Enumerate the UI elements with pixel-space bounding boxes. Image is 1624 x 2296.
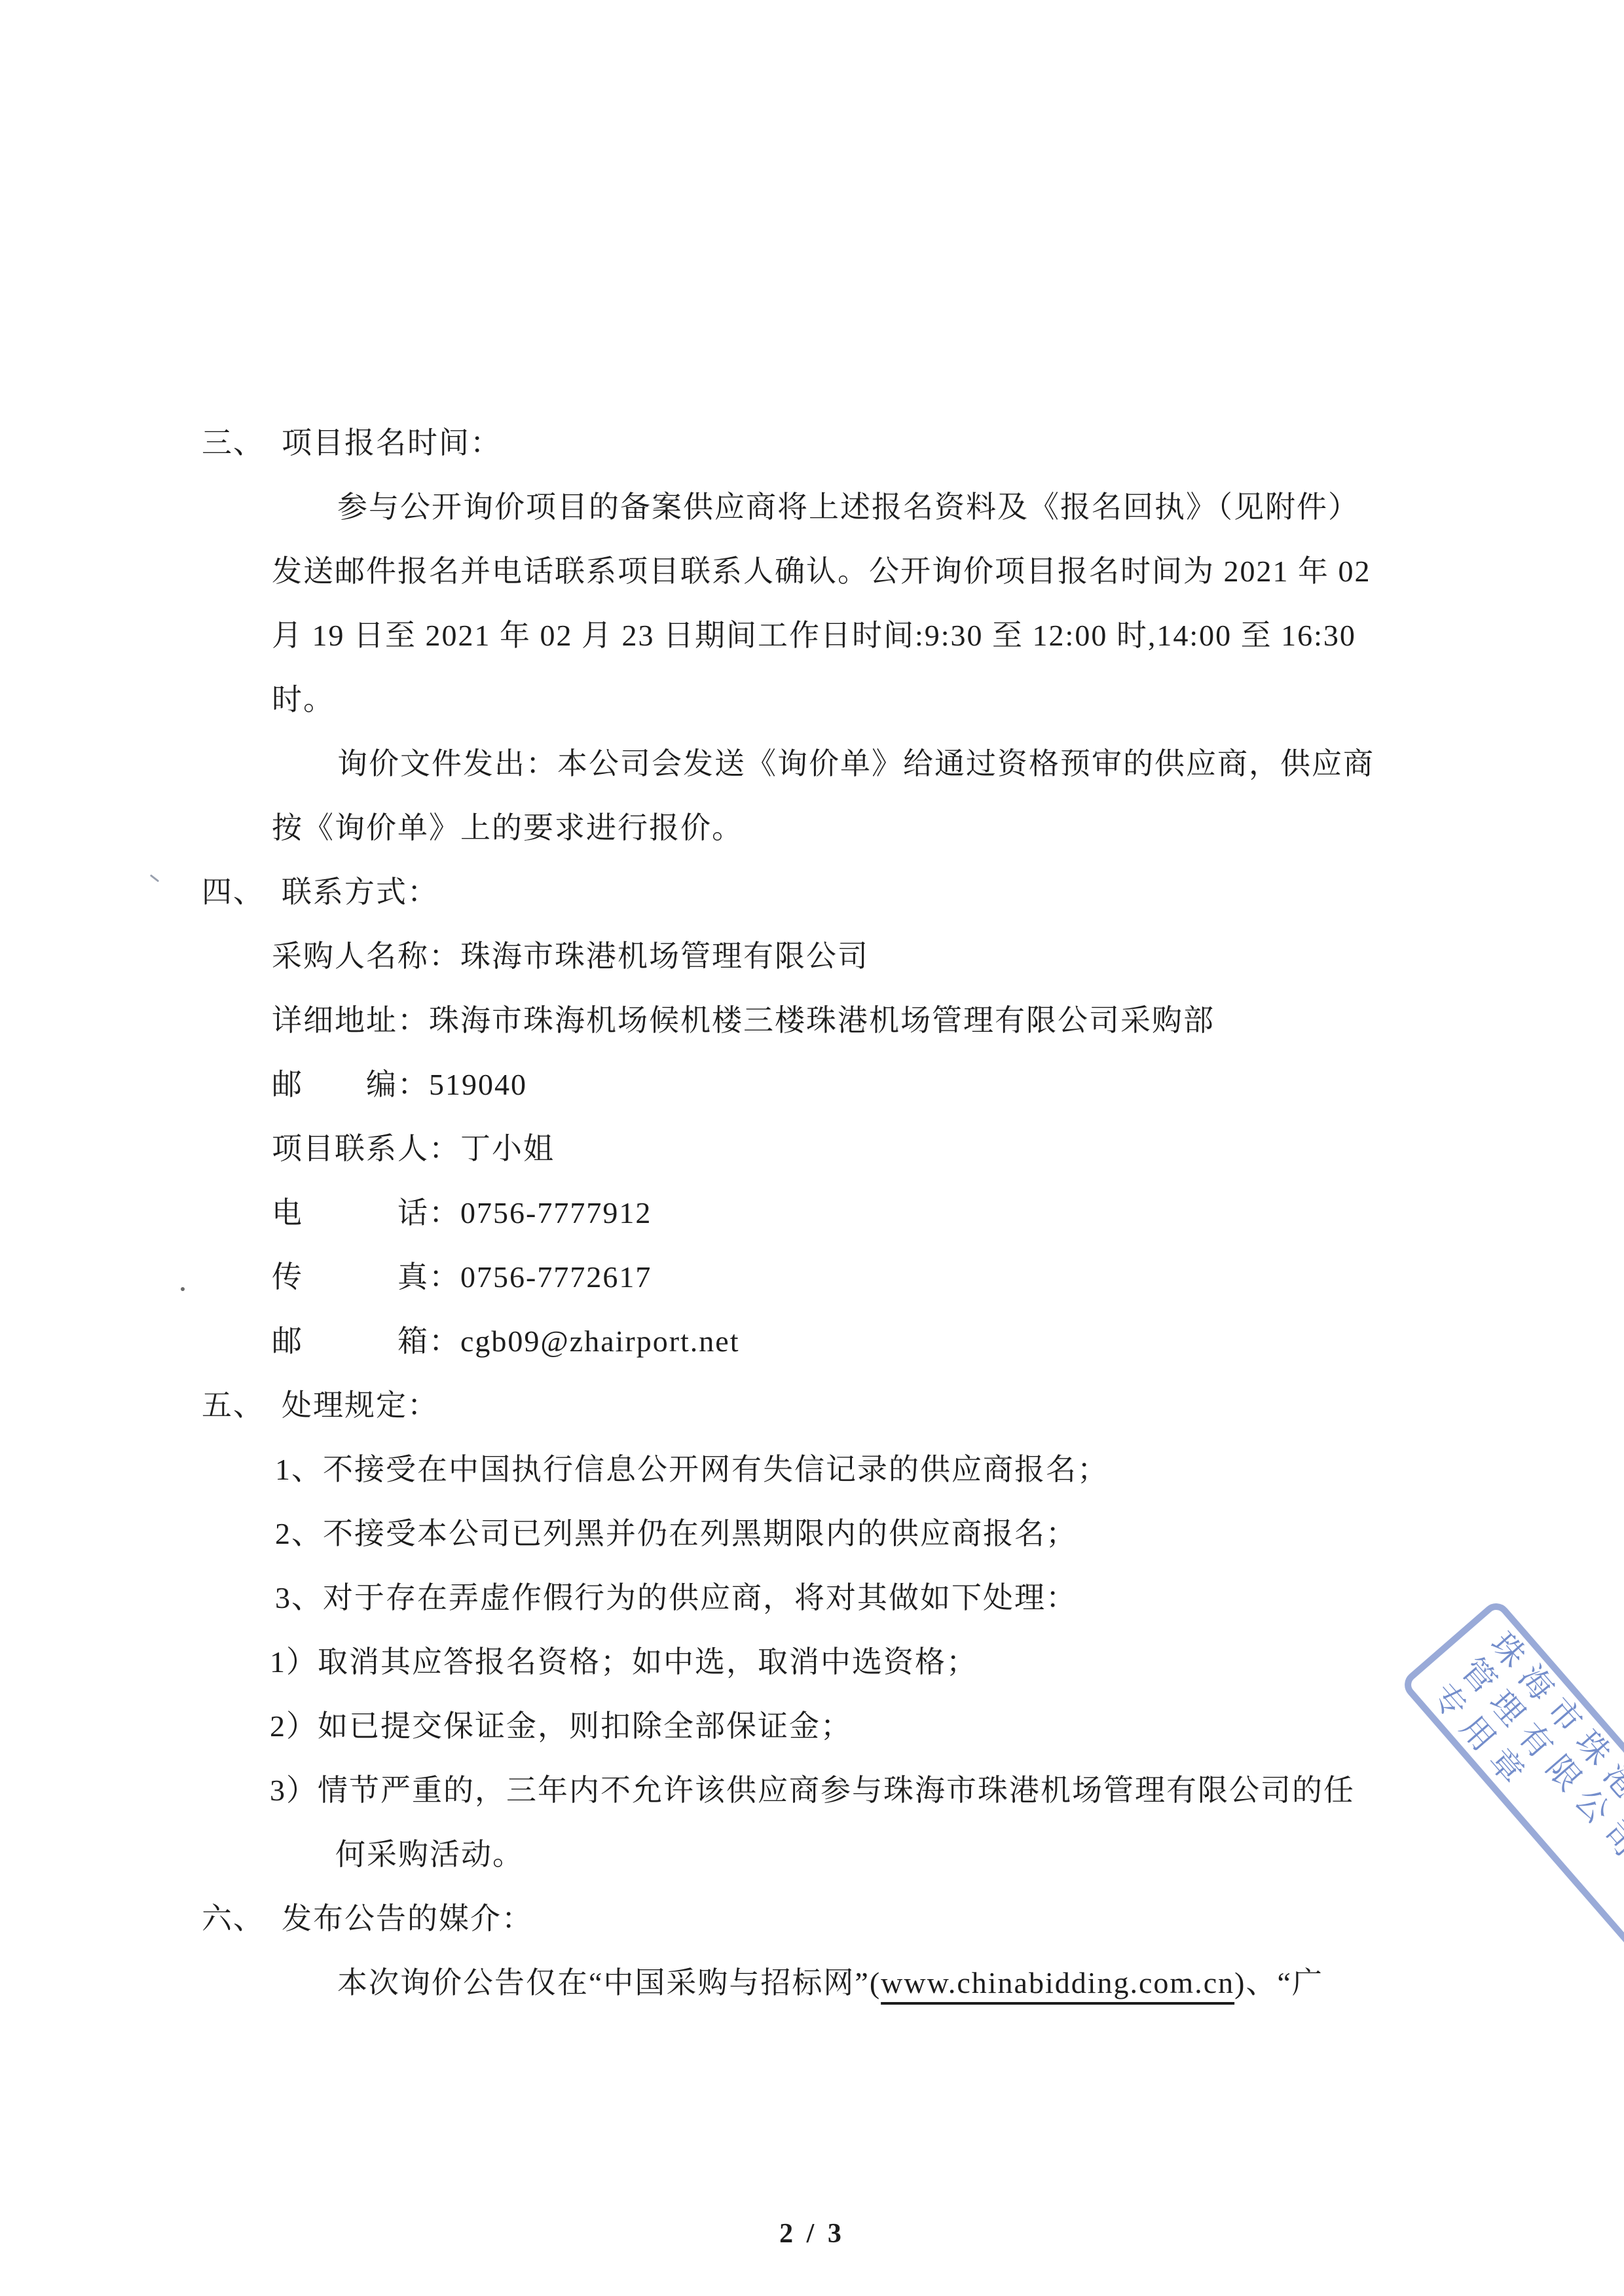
text-line: 邮 箱：cgb09@zhairport.net [0, 1309, 1624, 1374]
section-number: 五、 [202, 1389, 265, 1422]
underlined-url: www.chinabidding.com.cn [881, 1966, 1234, 1999]
text-line: 1）取消其应答报名资格；如中选，取消中选资格； [0, 1630, 1624, 1694]
text-line: 邮 编：519040 [0, 1053, 1624, 1117]
section-title: 项目报名时间： [282, 426, 502, 460]
text-line: 项目联系人：丁小姐 [0, 1117, 1624, 1181]
scan-artifact-dot [181, 1287, 185, 1291]
text-line: 2、不接受本公司已列黑并仍在列黑期限内的供应商报名； [0, 1502, 1624, 1566]
text-line: 何采购活动。 [0, 1823, 1624, 1887]
document-page: 三、项目报名时间：参与公开询价项目的备案供应商将上述报名资料及《报名回执》（见附… [0, 0, 1624, 2296]
section-heading: 三、项目报名时间： [0, 411, 1624, 475]
section-title: 处理规定： [282, 1389, 439, 1422]
page-number: 2 / 3 [0, 2218, 1624, 2250]
section-number: 四、 [202, 875, 265, 909]
text-segment: 本次询价公告仅在“中国采购与招标网”( [337, 1966, 881, 1999]
section-heading: 五、处理规定： [0, 1374, 1624, 1438]
text-line: 发送邮件报名并电话联系项目联系人确认。公开询价项目报名时间为 2021 年 02 [0, 539, 1624, 604]
text-line: 1、不接受在中国执行信息公开网有失信记录的供应商报名； [0, 1438, 1624, 1502]
text-line: 传 真：0756-7772617 [0, 1245, 1624, 1309]
document-body: 三、项目报名时间：参与公开询价项目的备案供应商将上述报名资料及《报名回执》（见附… [0, 411, 1624, 2015]
section-title: 联系方式： [282, 875, 439, 909]
text-line: 采购人名称：珠海市珠港机场管理有限公司 [0, 924, 1624, 989]
section-number: 三、 [202, 426, 265, 460]
text-line: 本次询价公告仅在“中国采购与招标网”(www.chinabidding.com.… [0, 1951, 1624, 2015]
text-line: 参与公开询价项目的备案供应商将上述报名资料及《报名回执》（见附件） [0, 475, 1624, 539]
text-line: 按《询价单》上的要求进行报价。 [0, 796, 1624, 860]
section-heading: 四、联系方式： [0, 860, 1624, 924]
text-line: 3、对于存在弄虚作假行为的供应商，将对其做如下处理： [0, 1566, 1624, 1630]
text-line: 电 话：0756-7777912 [0, 1181, 1624, 1245]
text-line: 时。 [0, 668, 1624, 732]
section-title: 发布公告的媒介： [282, 1902, 533, 1935]
text-line: 询价文件发出：本公司会发送《询价单》给通过资格预审的供应商，供应商 [0, 732, 1624, 796]
text-line: 3）情节严重的，三年内不允许该供应商参与珠海市珠港机场管理有限公司的任 [0, 1758, 1624, 1823]
text-line: 详细地址：珠海市珠海机场候机楼三楼珠港机场管理有限公司采购部 [0, 989, 1624, 1053]
section-heading: 六、发布公告的媒介： [0, 1887, 1624, 1951]
section-number: 六、 [202, 1902, 265, 1935]
text-segment: )、“广 [1234, 1966, 1323, 1999]
text-line: 月 19 日至 2021 年 02 月 23 日期间工作日时间:9:30 至 1… [0, 604, 1624, 668]
text-line: 2）如已提交保证金，则扣除全部保证金； [0, 1694, 1624, 1758]
